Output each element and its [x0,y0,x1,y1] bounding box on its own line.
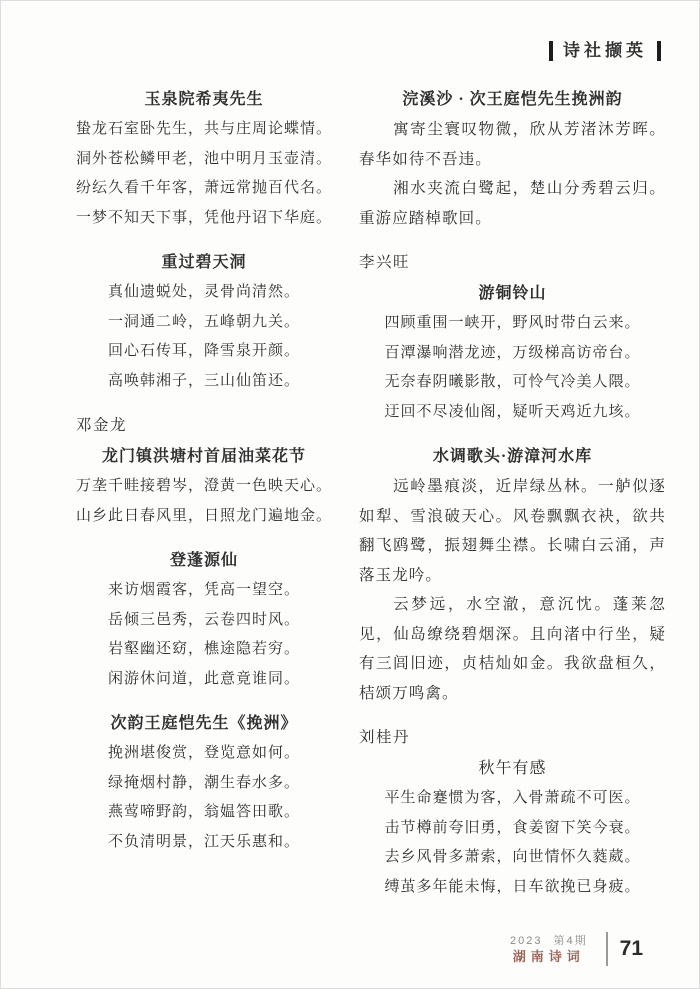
verse-line: 岳倾三邑秀，云卷四时风。 [76,606,332,636]
poem-title: 次韵王庭恺先生《挽洲》 [76,709,332,739]
author-name: 邓金龙 [76,411,332,441]
verse-line: 百潭瀑响潜龙迹，万级梯高访帝台。 [359,339,666,369]
verse-line: 击节樽前夸旧勇，食姜窗下笑今衰。 [359,814,666,844]
author-label: 李兴旺 [359,248,666,278]
issue-info: 2023 第4期 湖南诗词 [510,934,588,965]
ci-poem: 浣溪沙 · 次王庭恺先生挽洲韵 寓寄尘寰叹物微，欣从芳渚沐芳晖。春华如待不吾违。… [359,85,666,233]
verse-line: 高唤韩湘子，三山仙笛还。 [76,367,332,397]
verse-line: 一洞通二岭，五峰朝九关。 [76,308,332,338]
verse-line: 山乡此日春风里，日照龙门遍地金。 [76,502,332,532]
poem: 游铜铃山 四顾重围一峡开，野风时带白云来。 百潭瀑响潜龙迹，万级梯高访帝台。 无… [359,279,666,427]
poem: 重过碧天洞 真仙遗蜕处，灵骨尚清然。 一洞通二岭，五峰朝九关。 回心石传耳，降雪… [76,248,332,396]
verse-line: 迂回不尽凌仙阁，疑听天鸡近九垓。 [359,398,666,428]
verse-line: 蛰龙石室卧先生，共与庄周论蝶情。 [76,115,332,145]
page-footer: 2023 第4期 湖南诗词 71 [510,932,643,966]
poem: 龙门镇洪塘村首届油菜花节 万垄千畦接碧岑，澄黄一色映天心。 山乡此日春风里，日照… [76,442,332,531]
author-name: 李兴旺 [359,248,666,278]
section-header-label: 诗社撷英 [549,41,661,61]
verse-line: 纷纭久看千年客，萧远常抛百代名。 [76,174,332,204]
poem-title: 秋午有感 [359,754,666,784]
verse-line: 闲游休问道，此意竟谁同。 [76,665,332,695]
poem-title: 登蓬源仙 [76,546,332,576]
verse-line: 洞外苍松鳞甲老，池中明月玉壶清。 [76,145,332,175]
verse-line: 四顾重围一峡开，野风时带白云来。 [359,309,666,339]
left-column: 玉泉院希夷先生 蛰龙石室卧先生，共与庄周论蝶情。 洞外苍松鳞甲老，池中明月玉壶清… [76,85,332,902]
ci-poem: 水调歌头·游漳河水库 远岭墨痕淡，近岸绿丛林。一舻似逐如犁、雪浪破天心。风卷飘飘… [359,442,666,708]
verse-line: 平生命蹇惯为客，入骨萧疏不可医。 [359,784,666,814]
verse-line: 一梦不知天下事，凭他丹诏下华庭。 [76,204,332,234]
verse-line: 真仙遗蜕处，灵骨尚清然。 [76,278,332,308]
ci-stanza: 远岭墨痕淡，近岸绿丛林。一舻似逐如犁、雪浪破天心。风卷飘飘衣袂，欲共翻飞鸥鹭，振… [359,472,666,590]
poem-title: 玉泉院希夷先生 [76,85,332,115]
verse-line: 去乡风骨多萧索，向世情怀久蕤葳。 [359,843,666,873]
poem: 玉泉院希夷先生 蛰龙石室卧先生，共与庄周论蝶情。 洞外苍松鳞甲老，池中明月玉壶清… [76,85,332,233]
section-header: 诗社撷英 [549,41,661,61]
author-name: 刘桂丹 [359,723,666,753]
verse-line: 万垄千畦接碧岑，澄黄一色映天心。 [76,472,332,502]
right-column: 浣溪沙 · 次王庭恺先生挽洲韵 寓寄尘寰叹物微，欣从芳渚沐芳晖。春华如待不吾违。… [359,85,666,902]
ci-stanza: 湘水夹流白鹭起，楚山分秀碧云归。重游应踏棹歌回。 [359,174,666,233]
verse-line: 挽洲堪俊赏，登览意如何。 [76,739,332,769]
poem-title: 游铜铃山 [359,279,666,309]
poem-title: 水调歌头·游漳河水库 [359,442,666,472]
verse-line: 不负清明景，江天乐惠和。 [76,828,332,858]
poem: 秋午有感 平生命蹇惯为客，入骨萧疏不可医。 击节樽前夸旧勇，食姜窗下笑今衰。 去… [359,754,666,902]
ci-stanza: 云梦远，水空澈，意沉忱。蓬莱忽见，仙岛缭绕碧烟深。且向渚中行坐，疑有三闾旧迹，贞… [359,590,666,708]
verse-line: 无奈春阴曦影散，可怜气冷美人隈。 [359,368,666,398]
poem: 次韵王庭恺先生《挽洲》 挽洲堪俊赏，登览意如何。 绿掩烟村静，潮生春水多。 燕莺… [76,709,332,857]
journal-page: 诗社撷英 玉泉院希夷先生 蛰龙石室卧先生，共与庄周论蝶情。 洞外苍松鳞甲老，池中… [0,0,700,989]
verse-line: 回心石传耳，降雪泉开颜。 [76,337,332,367]
author-label: 邓金龙 [76,411,332,441]
verse-line: 绿掩烟村静，潮生春水多。 [76,769,332,799]
issue-label: 2023 第4期 [510,934,588,948]
verse-line: 岩壑幽还窈，樵途隐若穷。 [76,635,332,665]
journal-name: 湖南诗词 [510,948,588,965]
poem-title: 重过碧天洞 [76,248,332,278]
verse-line: 燕莺啼野韵，翁媪答田歌。 [76,798,332,828]
page-number: 71 [620,937,643,961]
ci-stanza: 寓寄尘寰叹物微，欣从芳渚沐芳晖。春华如待不吾违。 [359,115,666,174]
poem: 登蓬源仙 来访烟霞客，凭高一望空。 岳倾三邑秀，云卷四时风。 岩壑幽还窈，樵途隐… [76,546,332,694]
author-label: 刘桂丹 [359,723,666,753]
verse-line: 来访烟霞客，凭高一望空。 [76,576,332,606]
footer-divider [606,932,608,966]
verse-line: 缚茧多年能未悔，日车欲挽已身疲。 [359,873,666,903]
poem-title: 浣溪沙 · 次王庭恺先生挽洲韵 [359,85,666,115]
poem-title: 龙门镇洪塘村首届油菜花节 [76,442,332,472]
content-columns: 玉泉院希夷先生 蛰龙石室卧先生，共与庄周论蝶情。 洞外苍松鳞甲老，池中明月玉壶清… [76,85,666,902]
